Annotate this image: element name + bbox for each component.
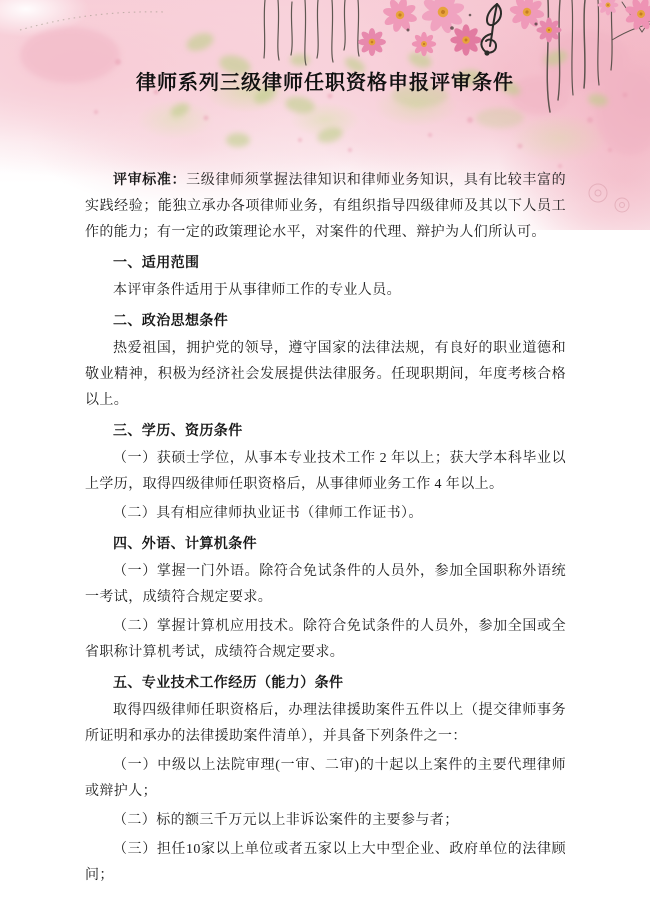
body-paragraph: 取得四级律师任职资格后，办理法律援助案件五件以上（提交律师事务所证明和承办的法律…	[85, 698, 566, 750]
section-heading: 一、适用范围	[85, 249, 566, 275]
section-heading: 五、专业技术工作经历（能力）条件	[85, 669, 566, 695]
intro-label: 评审标准：	[113, 171, 186, 187]
document-body: 评审标准：三级律师须掌握法律知识和律师业务知识，具有比较丰富的实践经验；能独立承…	[85, 166, 566, 892]
section-heading: 二、政治思想条件	[85, 307, 566, 333]
daisy-flower-icon	[379, 0, 422, 36]
daisy-flower-icon	[598, 0, 619, 15]
body-paragraph: （三）担任10家以上单位或者五家以上大中型企业、政府单位的法律顾问；	[85, 837, 566, 889]
body-paragraph: （一）获硕士学位，从事本专业技术工作 2 年以上；获大学本科毕业以上学历，取得四…	[85, 446, 566, 498]
body-paragraph: （一）掌握一门外语。除符合免试条件的人员外，参加全国职称外语统一考试，成绩符合规…	[85, 559, 566, 611]
body-paragraph: 热爱祖国，拥护党的领导，遵守国家的法律法规，有良好的职业道德和敬业精神，积极为经…	[85, 336, 566, 414]
daisy-flower-icon	[412, 32, 436, 56]
treble-clef-icon	[481, 4, 501, 56]
section-heading: 三、学历、资历条件	[85, 417, 566, 443]
body-paragraph: （一）中级以上法院审理(一审、二审)的十起以上案件的主要代理律师或辩护人；	[85, 753, 566, 805]
section-heading: 四、外语、计算机条件	[85, 530, 566, 556]
body-paragraph: （二）掌握计算机应用技术。除符合免试条件的人员外，参加全国或全省职称计算机考试，…	[85, 614, 566, 666]
body-paragraph: （二）标的额三千万元以上非诉讼案件的主要参与者；	[85, 808, 566, 834]
document-page: 律师系列三级律师任职资格申报评审条件 评审标准：三级律师须掌握法律知识和律师业务…	[0, 0, 650, 920]
document-title: 律师系列三级律师任职资格申报评审条件	[0, 70, 650, 96]
dotted-vine-icon	[20, 12, 165, 30]
body-paragraph: （二）具有相应律师执业证书（律师工作证书）。	[85, 501, 566, 527]
intro-paragraph: 评审标准：三级律师须掌握法律知识和律师业务知识，具有比较丰富的实践经验；能独立承…	[85, 166, 566, 246]
daisy-flower-icon	[450, 24, 481, 55]
sketch-flower-icon	[589, 184, 629, 212]
daisy-flower-icon	[536, 17, 561, 42]
doc-sections: 一、适用范围本评审条件适用于从事律师工作的专业人员。二、政治思想条件热爱祖国，拥…	[85, 249, 566, 889]
body-paragraph: 本评审条件适用于从事律师工作的专业人员。	[85, 278, 566, 304]
daisy-flower-icon	[358, 28, 386, 56]
